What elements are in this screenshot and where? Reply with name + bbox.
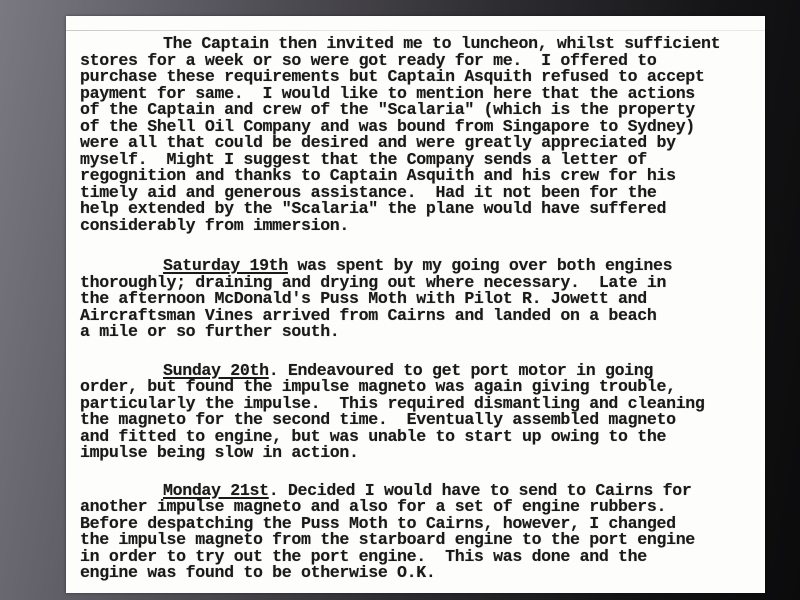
text-line: impulse being slow in action. (80, 445, 760, 462)
document-body: The Captain then invited me to luncheon,… (80, 36, 760, 582)
paragraph-saturday: Saturday 19th was spent by my going over… (80, 258, 760, 341)
text-line: a mile or so further south. (80, 324, 760, 341)
text-line: engine was found to be otherwise O.K. (80, 565, 760, 582)
paragraph-sunday: Sunday 20th. Endeavoured to get port mot… (80, 363, 760, 462)
paragraph-monday: Monday 21st. Decided I would have to sen… (80, 483, 760, 582)
paragraph-luncheon: The Captain then invited me to luncheon,… (80, 36, 760, 234)
text-line: considerably from immersion. (80, 218, 760, 235)
typewritten-document-page: The Captain then invited me to luncheon,… (66, 16, 765, 593)
